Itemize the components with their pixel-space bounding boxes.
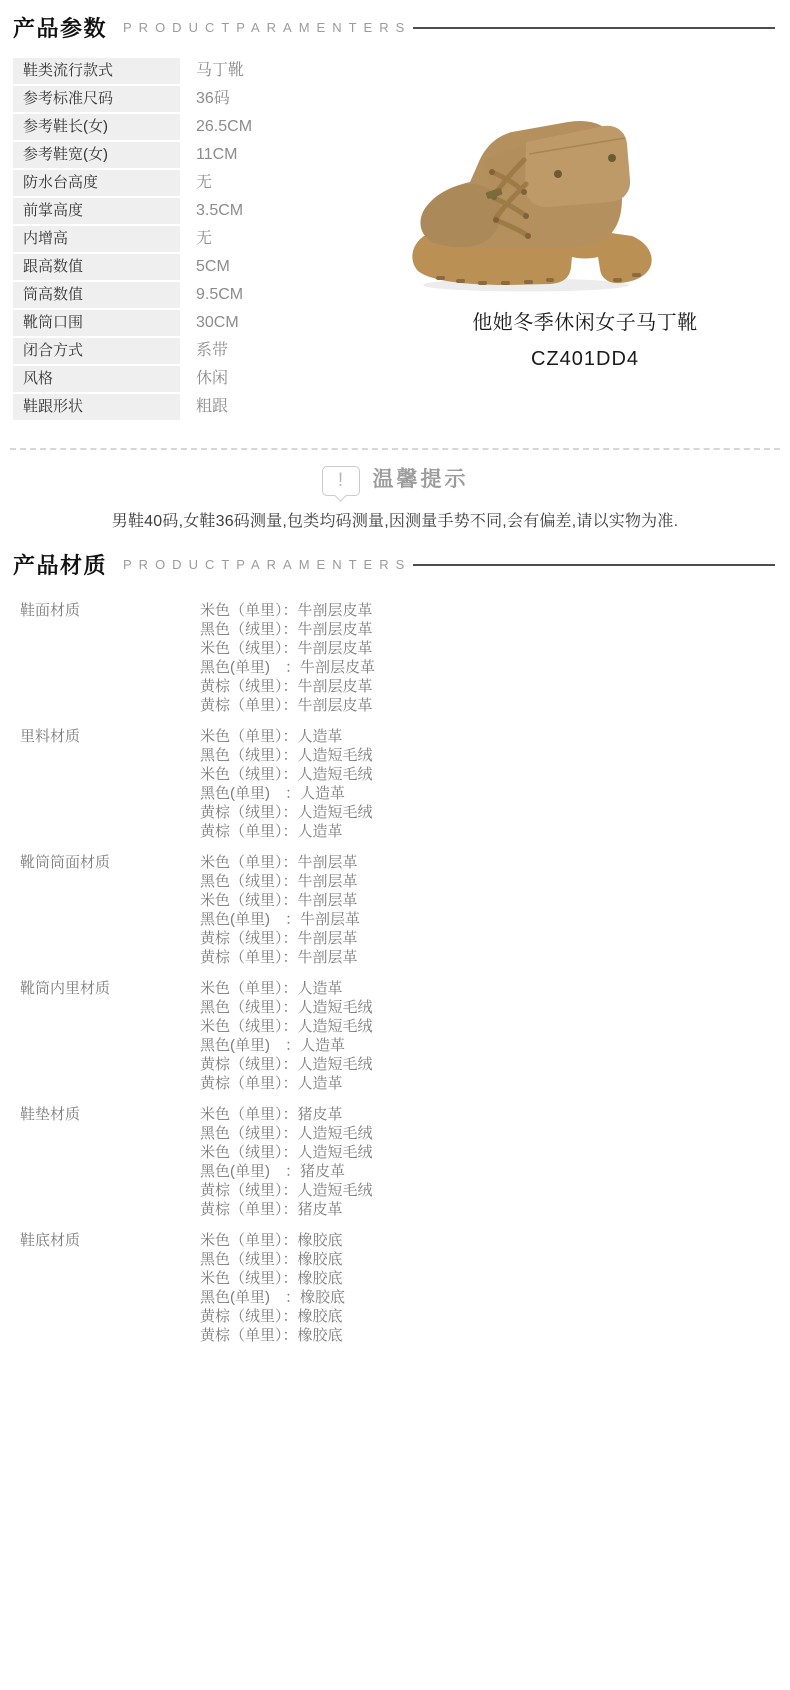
params-section-header: 产品参数 PRODUCTPARAMENTERS [0, 0, 790, 52]
param-row: 前掌高度3.5CM [13, 198, 380, 224]
params-table: 鞋类流行款式马丁靴参考标准尺码36码参考鞋长(女)26.5CM参考鞋宽(女)11… [13, 58, 380, 422]
material-line: 米色（单里）：橡胶底 [200, 1231, 345, 1250]
param-label: 跟高数值 [13, 254, 180, 280]
material-label: 鞋垫材质 [20, 1105, 200, 1219]
material-line: 黄棕（单里）：人造革 [200, 1074, 373, 1093]
material-lines: 米色（单里）：人造革黑色（绒里）：人造短毛绒米色（绒里）：人造短毛绒黑色(单里)… [200, 727, 373, 841]
param-label: 闭合方式 [13, 338, 180, 364]
param-row: 参考标准尺码36码 [13, 86, 380, 112]
material-line: 黄棕（单里）：橡胶底 [200, 1326, 345, 1345]
param-label: 防水台高度 [13, 170, 180, 196]
material-section: 靴筒内里材质米色（单里）：人造革黑色（绒里）：人造短毛绒米色（绒里）：人造短毛绒… [20, 979, 790, 1093]
material-line: 黄棕（单里）：人造革 [200, 822, 373, 841]
material-label: 鞋面材质 [20, 601, 200, 715]
material-label: 靴筒内里材质 [20, 979, 200, 1093]
param-value: 3.5CM [180, 198, 243, 224]
param-value: 粗跟 [180, 394, 228, 420]
material-line: 米色（单里）：牛剖层皮革 [200, 601, 375, 620]
material-line: 黑色(单里) ：人造革 [200, 784, 373, 803]
material-line: 黄棕（单里）：牛剖层皮革 [200, 696, 375, 715]
material-line: 米色（绒里）：人造短毛绒 [200, 1017, 373, 1036]
header-rule [413, 564, 775, 566]
material-line: 米色（绒里）：人造短毛绒 [200, 1143, 373, 1162]
param-row: 内增高无 [13, 226, 380, 252]
material-line: 米色（绒里）：牛剖层皮革 [200, 639, 375, 658]
param-value: 36码 [180, 86, 230, 112]
section-subtitle-materials: PRODUCTPARAMENTERS [123, 557, 411, 572]
material-line: 黄棕（绒里）：牛剖层革 [200, 929, 360, 948]
param-label: 参考标准尺码 [13, 86, 180, 112]
materials-section-header: 产品材质 PRODUCTPARAMENTERS [0, 537, 790, 589]
params-section: 鞋类流行款式马丁靴参考标准尺码36码参考鞋长(女)26.5CM参考鞋宽(女)11… [0, 52, 790, 422]
material-line: 黄棕（绒里）：人造短毛绒 [200, 1181, 373, 1200]
material-line: 黄棕（单里）：牛剖层革 [200, 948, 360, 967]
material-line: 黑色（绒里）：牛剖层革 [200, 872, 360, 891]
param-label: 风格 [13, 366, 180, 392]
materials-list: 鞋面材质米色（单里）：牛剖层皮革黑色（绒里）：牛剖层皮革米色（绒里）：牛剖层皮革… [0, 589, 790, 1345]
material-line: 黑色（绒里）：橡胶底 [200, 1250, 345, 1269]
product-model: CZ401DD4 [531, 348, 639, 371]
param-row: 靴筒口围30CM [13, 310, 380, 336]
product-name: 他她冬季休闲女子马丁靴 [472, 306, 698, 335]
material-line: 米色（绒里）：橡胶底 [200, 1269, 345, 1288]
material-section: 鞋垫材质米色（单里）：猪皮革黑色（绒里）：人造短毛绒米色（绒里）：人造短毛绒黑色… [20, 1105, 790, 1219]
section-title-materials: 产品材质 [13, 549, 107, 580]
material-lines: 米色（单里）：牛剖层革黑色（绒里）：牛剖层革米色（绒里）：牛剖层革黑色(单里) … [200, 853, 360, 967]
material-label: 里料材质 [20, 727, 200, 841]
material-line: 米色（单里）：人造革 [200, 727, 373, 746]
param-label: 参考鞋长(女) [13, 114, 180, 140]
param-value: 26.5CM [180, 114, 252, 140]
product-boot-image [408, 102, 658, 294]
param-row: 参考鞋宽(女)11CM [13, 142, 380, 168]
material-label: 靴筒筒面材质 [20, 853, 200, 967]
param-value: 休闲 [180, 366, 228, 392]
material-line: 黑色（绒里）：人造短毛绒 [200, 998, 373, 1017]
tips-header: ! 温馨提示 [0, 463, 790, 496]
param-row: 筒高数值9.5CM [13, 282, 380, 308]
material-line: 黑色(单里) ：猪皮革 [200, 1162, 373, 1181]
param-row: 风格休闲 [13, 366, 380, 392]
exclamation-bubble-icon: ! [322, 466, 360, 496]
param-value: 系带 [180, 338, 228, 364]
material-line: 米色（单里）：人造革 [200, 979, 373, 998]
material-section: 鞋底材质米色（单里）：橡胶底黑色（绒里）：橡胶底米色（绒里）：橡胶底黑色(单里)… [20, 1231, 790, 1345]
material-line: 黑色（绒里）：人造短毛绒 [200, 746, 373, 765]
param-row: 闭合方式系带 [13, 338, 380, 364]
param-row: 跟高数值5CM [13, 254, 380, 280]
material-line: 黄棕（单里）：猪皮革 [200, 1200, 373, 1219]
section-subtitle-params: PRODUCTPARAMENTERS [123, 20, 411, 35]
material-line: 米色（单里）：牛剖层革 [200, 853, 360, 872]
material-line: 米色（绒里）：人造短毛绒 [200, 765, 373, 784]
dashed-divider [10, 448, 780, 450]
param-label: 参考鞋宽(女) [13, 142, 180, 168]
param-label: 靴筒口围 [13, 310, 180, 336]
material-line: 米色（绒里）：牛剖层革 [200, 891, 360, 910]
material-lines: 米色（单里）：猪皮革黑色（绒里）：人造短毛绒米色（绒里）：人造短毛绒黑色(单里)… [200, 1105, 373, 1219]
material-lines: 米色（单里）：牛剖层皮革黑色（绒里）：牛剖层皮革米色（绒里）：牛剖层皮革黑色(单… [200, 601, 375, 715]
material-line: 黄棕（绒里）：人造短毛绒 [200, 1055, 373, 1074]
tips-title: 温馨提示 [373, 463, 469, 493]
material-line: 米色（单里）：猪皮革 [200, 1105, 373, 1124]
param-value: 30CM [180, 310, 239, 336]
tips-text: 男鞋40码,女鞋36码测量,包类均码测量,因测量手势不同,会有偏差,请以实物为准… [0, 508, 790, 531]
param-value: 5CM [180, 254, 230, 280]
header-rule [413, 27, 775, 29]
section-title-params: 产品参数 [13, 12, 107, 43]
material-line: 黑色(单里) ：牛剖层革 [200, 910, 360, 929]
param-label: 内增高 [13, 226, 180, 252]
param-label: 鞋类流行款式 [13, 58, 180, 84]
param-label: 鞋跟形状 [13, 394, 180, 420]
param-row: 防水台高度无 [13, 170, 380, 196]
product-showcase: 他她冬季休闲女子马丁靴 CZ401DD4 [380, 58, 790, 422]
material-line: 黄棕（绒里）：橡胶底 [200, 1307, 345, 1326]
param-value: 无 [180, 170, 212, 196]
material-line: 黑色(单里) ：牛剖层皮革 [200, 658, 375, 677]
param-value: 11CM [180, 142, 238, 168]
param-value: 9.5CM [180, 282, 243, 308]
param-row: 鞋跟形状粗跟 [13, 394, 380, 420]
material-lines: 米色（单里）：橡胶底黑色（绒里）：橡胶底米色（绒里）：橡胶底黑色(单里) ：橡胶… [200, 1231, 345, 1345]
param-label: 前掌高度 [13, 198, 180, 224]
param-row: 鞋类流行款式马丁靴 [13, 58, 380, 84]
material-lines: 米色（单里）：人造革黑色（绒里）：人造短毛绒米色（绒里）：人造短毛绒黑色(单里)… [200, 979, 373, 1093]
material-line: 黑色(单里) ：人造革 [200, 1036, 373, 1055]
boot-rivet [554, 170, 562, 178]
material-line: 黑色（绒里）：牛剖层皮革 [200, 620, 375, 639]
material-line: 黄棕（绒里）：牛剖层皮革 [200, 677, 375, 696]
material-section: 里料材质米色（单里）：人造革黑色（绒里）：人造短毛绒米色（绒里）：人造短毛绒黑色… [20, 727, 790, 841]
material-label: 鞋底材质 [20, 1231, 200, 1345]
param-value: 无 [180, 226, 212, 252]
material-line: 黑色(单里) ：橡胶底 [200, 1288, 345, 1307]
param-row: 参考鞋长(女)26.5CM [13, 114, 380, 140]
material-line: 黄棕（绒里）：人造短毛绒 [200, 803, 373, 822]
param-label: 筒高数值 [13, 282, 180, 308]
material-section: 靴筒筒面材质米色（单里）：牛剖层革黑色（绒里）：牛剖层革米色（绒里）：牛剖层革黑… [20, 853, 790, 967]
material-section: 鞋面材质米色（单里）：牛剖层皮革黑色（绒里）：牛剖层皮革米色（绒里）：牛剖层皮革… [20, 601, 790, 715]
param-value: 马丁靴 [180, 58, 244, 84]
material-line: 黑色（绒里）：人造短毛绒 [200, 1124, 373, 1143]
boot-rivet [608, 154, 616, 162]
